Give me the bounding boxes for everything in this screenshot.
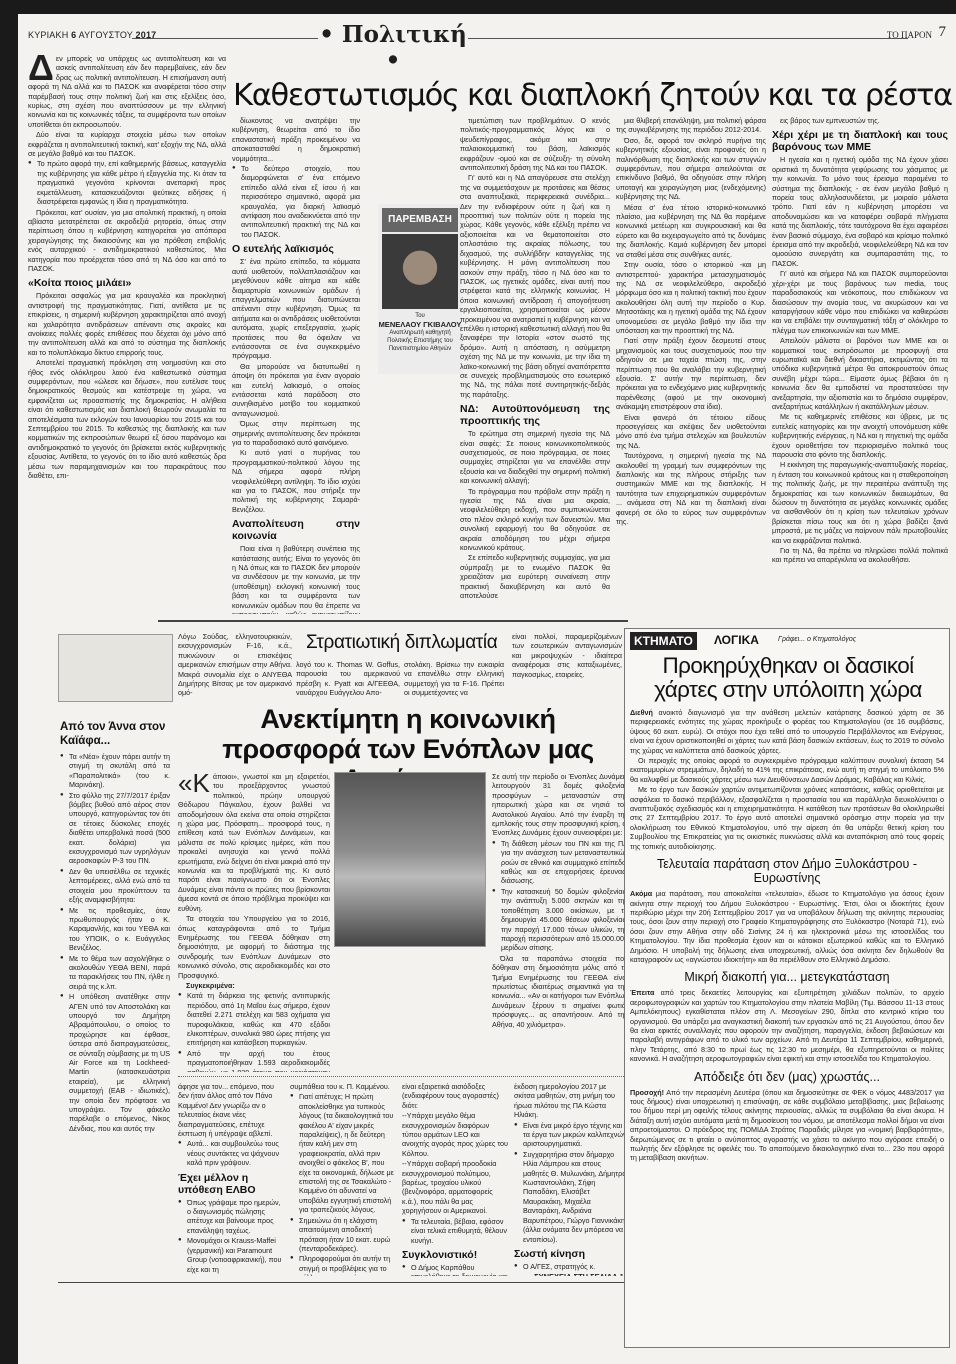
main-article-col-3: τιμετώπιση των προβλημάτων. Ο κενός πολι… [460,116,610,614]
column-title: Από τον Άννα στον Καϊάφα... [60,720,168,748]
subheading: Αναπολίτευση στην κοινωνία [232,518,360,542]
ktimatologika-body: Διεθνή ανοικτό διαγωνισμό για την ανάθεσ… [630,708,944,1344]
dropcap: «Κ [178,772,210,794]
author-photo [382,234,458,309]
newspaper-page: ΚΥΡΙΑΚΗ 6 ΑΥΓΟΥΣΤΟΥ 2017 • Πολιτική • ΤΟ… [18,14,956,1364]
main-article-col-1: Δεν μπορείς να υπάρχεις ως αντιπολίτευση… [28,54,226,614]
header-rule-left [132,38,318,39]
kicker-col-3: στολάκη. Βρίσκω την ευκαιρία να επανέλθω… [404,660,504,702]
dropcap: Δ [28,54,54,82]
bottom-divider [58,1282,628,1283]
military-body: «Κάποιοι», γνωστοί και μη εξαιρετέοι, το… [178,772,330,1072]
subheading: Χέρι χέρι με τη διαπλοκή και τους βαρόνο… [772,129,948,153]
author-sidebar: ΠΑΡΕΜΒΑΣΗ Του ΜΕΝΕΛΑΟΥ ΓΚΙΒΑΛΟΥ Αναπληρω… [378,204,462,374]
ktimatologika-subheading: Μικρή διακοπή για... μετεγκατάσταση [630,970,944,984]
dotted-divider [178,1076,628,1077]
subheading: Ο ευτελής λαϊκισμός [232,243,360,255]
continued-col-a: άφησε για τον... επόμενο, που δεν ήταν ά… [178,1082,284,1276]
ktimatologika-subheading: Απόδειξε ότι δεν (μας) χρωστάς... [630,1070,944,1084]
kicker-col-4: είναι πολλοί, παραμερίζομένων των εσωτερ… [512,632,622,702]
author-name: ΜΕΝΕΛΑΟΥ ΓΚΙΒΑΛΟΥ [378,320,462,329]
author-title: Αναπληρωτή καθηγητή Πολιτικής Επιστήμης … [378,329,462,353]
cartoon-image [58,634,173,702]
subheading: ΝΔ: Αυτοϋπονόμευση της προοπτικής της [460,403,610,427]
ktimatologika-banner: ΚΤΗΜΑΤΟ ΛΟΓΙΚΑ Γράφει... ο Κτηματολόγος [630,632,820,650]
ktimatologika-headline: Προκηρύχθηκαν οι δασικοί χάρτες στην υπό… [630,654,946,702]
paper-name: ΤΟ ΠΑΡΟΝ [887,30,932,40]
continued-link[interactable]: ΣΥΝΕΧΕΙΑ ΣΤΗ ΣΕΛΙΔΑ 14 [514,1272,628,1276]
main-article-col-4: μια θλιβερή επανάληψη, μια πολιτική φάρσ… [616,116,766,614]
page-header: ΚΥΡΙΑΚΗ 6 ΑΥΓΟΥΣΤΟΥ 2017 • Πολιτική • ΤΟ… [28,22,946,48]
subheading: «Κοίτα ποιος μιλάει» [28,277,226,289]
sidebar-tag: ΠΑΡΕΜΒΑΣΗ [382,208,458,232]
continued-col-c: είναι εξαιρετικά αισιόδοξες (ενδιαφέρουν… [402,1082,508,1276]
section-divider [158,620,628,622]
ktimatologika-subheading: Τελευταία παράταση στον Δήμο Ξυλοκάστρου… [630,857,944,885]
continued-col-d: έκδοση ημερολογίου 2017 με σκίτσα μαθητώ… [514,1082,628,1276]
military-right-col: Σε αυτή την περίοδο οι Ένοπλες Δυνάμεις … [492,772,628,1072]
kaifa-column: Τα «Νέα» έχουν πάρει αυτήν τη στιγμή τη … [60,752,170,1348]
continued-col-b: συμπάθεια του κ. Π. Καμμένου. Γιατί απέτ… [290,1082,396,1276]
page-number: 7 [939,24,947,41]
main-article-col-2: δίωκοντας να ανατρέψει την κυβέρνηση, θε… [232,116,360,614]
main-article-col-5: εις βάρος των εμπνευστών της. Χέρι χέρι … [772,116,948,614]
military-photo [334,772,486,947]
section-title: • Πολιτική • [308,22,478,74]
main-headline: Καθεστωτισμός και διαπλοκή ζητούν και τα… [233,78,952,113]
kicker-col-2: λογό του κ. Thomas W. Goffus, παρουσία τ… [296,660,400,702]
header-rule-right [468,38,908,39]
kicker-title: Στρατιωτική διπλωματία [306,632,486,654]
kicker-col-1: Λόγω Σούδας, ελληνοτουρκικών, εκσυγχρονι… [178,632,292,702]
